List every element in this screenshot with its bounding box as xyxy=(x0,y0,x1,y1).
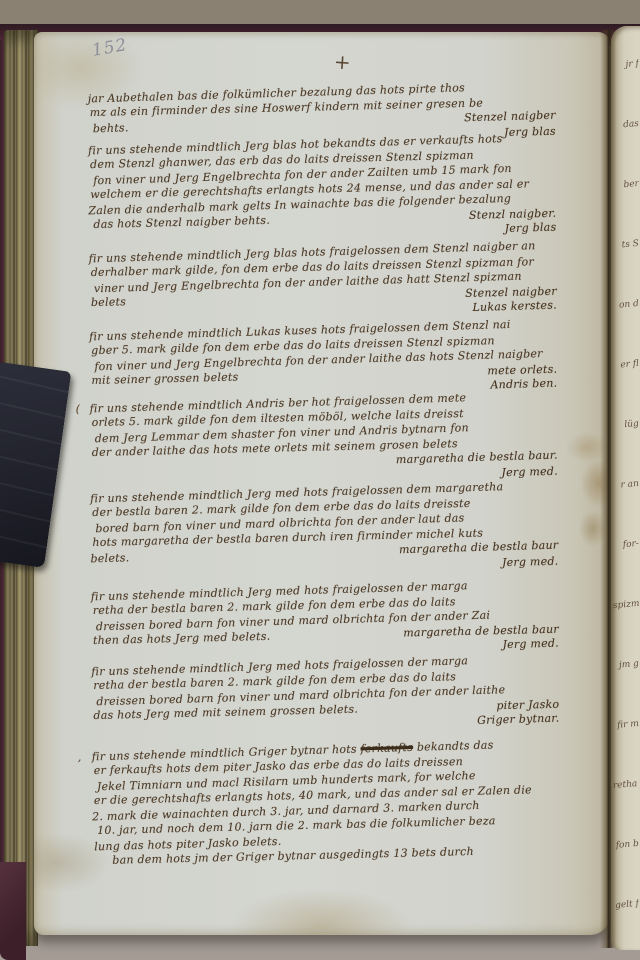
manuscript-left-page: 152 + jar Aubethalen bas die folkümliche… xyxy=(34,32,610,935)
facing-page-text-fragment: jm g xyxy=(613,659,640,673)
manuscript-entry: fir uns stehende mindtlich Jerg blas hot… xyxy=(91,242,587,320)
line-text xyxy=(91,724,95,739)
witness-signature: Jerg blas xyxy=(504,220,556,237)
facing-page-text-fragment: ts S xyxy=(613,239,640,253)
line-text xyxy=(95,565,99,580)
margin-mark: , xyxy=(78,750,82,765)
facing-page-text-fragment: retha S xyxy=(613,779,640,793)
facing-page-text-fragment: er fl xyxy=(613,359,640,373)
witness-signature: Lukas kerstes. xyxy=(472,298,557,315)
witness-signature: Griger bytnar. xyxy=(477,711,560,728)
struck-word: ferkaufts xyxy=(360,741,413,756)
manuscript-entry: fir uns stehende mindtlich Jerg med hots… xyxy=(93,580,589,658)
entries-block: jar Aubethalen bas die folkümlicher beza… xyxy=(89,30,591,936)
facing-page-text-fragment: gelt f xyxy=(613,899,640,913)
facing-page-text-fragment: fon b xyxy=(613,839,640,853)
facing-page-text-fragment: lüg xyxy=(613,419,640,433)
line-text: belets xyxy=(91,294,127,310)
facing-page-text-fragment: for- xyxy=(613,539,640,553)
margin-mark: ( xyxy=(75,402,80,417)
photo-scene: 152 + jar Aubethalen bas die folkümliche… xyxy=(0,0,640,960)
witness-signature: Jerg med. xyxy=(502,554,559,570)
facing-page-text-fragment: spizman xyxy=(613,599,640,613)
witness-signature: Stenzel naigber xyxy=(464,108,556,126)
facing-page-text-fragment: r an xyxy=(613,479,640,493)
manuscript-entry: fir uns stehende mindtlich Jerg med hots… xyxy=(92,482,589,575)
manuscript-entry: fir uns stehende mindtlich Lukas kuses h… xyxy=(91,320,587,398)
book-cover-corner xyxy=(0,862,26,960)
witness-signature: Jerg med. xyxy=(502,636,559,653)
manuscript-entry: fir uns stehende mindtlich Jerg blas hot… xyxy=(90,134,587,242)
facing-page-text-fragment: das xyxy=(613,119,640,133)
line-text xyxy=(90,461,94,476)
manuscript-entry: fir uns stehende mindtlich Andris ber ho… xyxy=(91,392,588,485)
manuscript-entry: fir uns stehende mindtlich Jerg med hots… xyxy=(93,655,589,733)
manuscript-entry: fir uns stehende mindtlich Griger bytnar… xyxy=(94,740,591,863)
facing-page-edge: jr fdasberts Son der fllügr anfor-spizma… xyxy=(611,26,640,950)
facing-page-text-fragment: fir m xyxy=(613,719,640,733)
facing-page-text-fragment: on d xyxy=(613,299,640,313)
facing-page-text-fragment: ber xyxy=(613,179,640,193)
facing-page-text-fragment: jr f xyxy=(613,59,640,73)
